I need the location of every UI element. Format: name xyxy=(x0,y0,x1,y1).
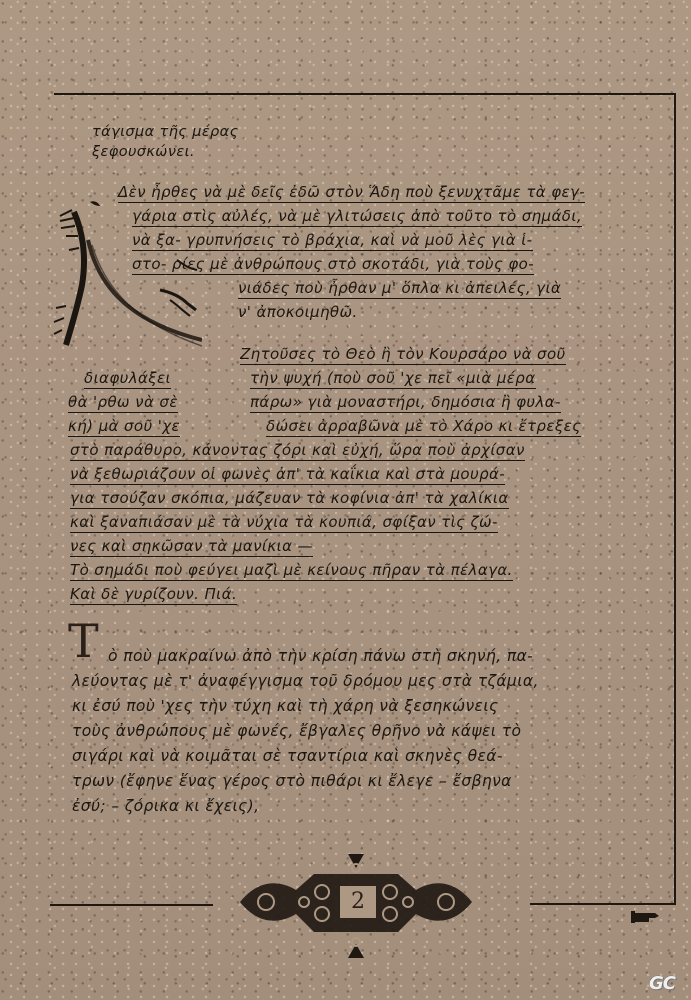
frame-top-rule xyxy=(54,93,674,95)
paragraph-2-main: Ζητοῦσες τὸ Θεὸ ἢ τὸν Κουρσάρο νὰ σοῦ τὴ… xyxy=(240,342,581,438)
frame-right-rule xyxy=(674,93,676,905)
text-line: Δὲν ἦρθες νὰ μὲ δεῖς ἐδῶ στὸν Ἅδη ποὺ ξε… xyxy=(118,183,585,203)
text-line: δώσει ἀρραβῶνα μὲ τὸ Χάρο κι ἔτρεξες xyxy=(266,417,581,437)
paragraph-2-continued: στὸ παράθυρο, κάνοντας ζόρι καὶ εὐχή, ὥρ… xyxy=(70,438,525,606)
margin-line: κή) μὰ σοῦ 'χε xyxy=(68,417,180,437)
text-line: ὸ ποὺ μακραίνω ἀπὸ τὴν κρίση πάνω στὴ σκ… xyxy=(108,644,539,669)
text-line: νὰ ξεθωριάζουν οἱ φωνὲς ἀπ' τὰ καΐκια κα… xyxy=(70,465,505,485)
paragraph-2-margin: διαφυλάξει θὰ 'ρθω νὰ σὲ κή) μὰ σοῦ 'χε xyxy=(68,342,180,438)
text-line: κι ἐσύ ποὺ 'χες τὴν τύχη καὶ τὴ χάρη νὰ … xyxy=(72,694,539,719)
text-line: στὸ παράθυρο, κάνοντας ζόρι καὶ εὐχή, ὥρ… xyxy=(70,441,525,461)
text-line: λεύοντας μὲ τ' ἀναφέγγισμα τοῦ δρόμου με… xyxy=(72,669,539,694)
epigraph-line: ξεφουσκώνει. xyxy=(92,142,239,162)
epigraph-line: τάγισμα τῆς μέρας xyxy=(92,122,239,142)
text-line: τρων (ἔφηνε ἕνας γέρος στὸ πιθάρι κι ἔλε… xyxy=(72,769,539,794)
text-line: ν' ἀποκοιμηθῶ. xyxy=(238,303,358,321)
text-line: Τὸ σημάδι ποὺ φεύγει μαζὶ μὲ κείνους πῆρ… xyxy=(70,561,513,581)
text-line: νες καὶ σηκῶσαν τὰ μανίκια — xyxy=(70,537,313,557)
pointing-hand-icon xyxy=(631,910,661,924)
text-line: στο- ρίες μὲ ἀνθρώπους στὸ σκοτάδι, γιὰ … xyxy=(132,255,534,275)
page-number: 2 xyxy=(340,886,376,918)
margin-line: διαφυλάξει xyxy=(84,369,171,389)
text-line: νὰ ξα- γρυπνήσεις τὸ βράχια, καὶ νὰ μοῦ … xyxy=(132,231,533,251)
text-line: τὴν ψυχή (ποὺ σοῦ 'χε πεῖ «μιὰ μέρα xyxy=(250,369,536,389)
epigraph: τάγισμα τῆς μέρας ξεφουσκώνει. xyxy=(92,122,239,162)
text-line: τοὺς ἀνθρώπους μὲ φωνές, ἔβγαλες θρῆνο ν… xyxy=(72,719,539,744)
margin-line: θὰ 'ρθω νὰ σὲ xyxy=(68,393,178,413)
frame-bottom-right-rule xyxy=(530,903,676,905)
paragraph-1: Δὲν ἦρθες νὰ μὲ δεῖς ἐδῶ στὸν Ἅδη ποὺ ξε… xyxy=(118,180,585,324)
text-line: γάρια στὶς αὐλές, νὰ μὲ γλιτώσεις ἀπὸ το… xyxy=(132,207,582,227)
text-line: Καὶ δὲ γυρίζουν. Πιά. xyxy=(70,585,237,605)
text-line: νιάδες ποὺ ἦρθαν μ' ὅπλα κι ἀπειλές, γιὰ xyxy=(238,279,561,299)
text-line: σιγάρι καὶ νὰ κοιμᾶται σὲ τσαντίρια καὶ … xyxy=(72,744,539,769)
text-line: καὶ ξαναπιάσαν μὲ τὰ νύχια τὰ κουπιά, σφ… xyxy=(70,513,498,533)
frame-bottom-left-rule xyxy=(50,904,213,906)
paragraph-3: ὸ ποὺ μακραίνω ἀπὸ τὴν κρίση πάνω στὴ σκ… xyxy=(72,644,539,819)
text-line: ἐσύ; – ζόρικα κι ἔχεις), xyxy=(72,794,539,819)
text-line: Ζητοῦσες τὸ Θεὸ ἢ τὸν Κουρσάρο νὰ σοῦ xyxy=(240,345,566,365)
text-line: για τσούζαν σκόπια, μάζευαν τὰ κοφίνια ἀ… xyxy=(70,489,509,509)
watermark: GC xyxy=(649,973,675,994)
text-line: πάρω» γιὰ μοναστήρι, δημόσια ἢ φυλα- xyxy=(250,393,561,413)
